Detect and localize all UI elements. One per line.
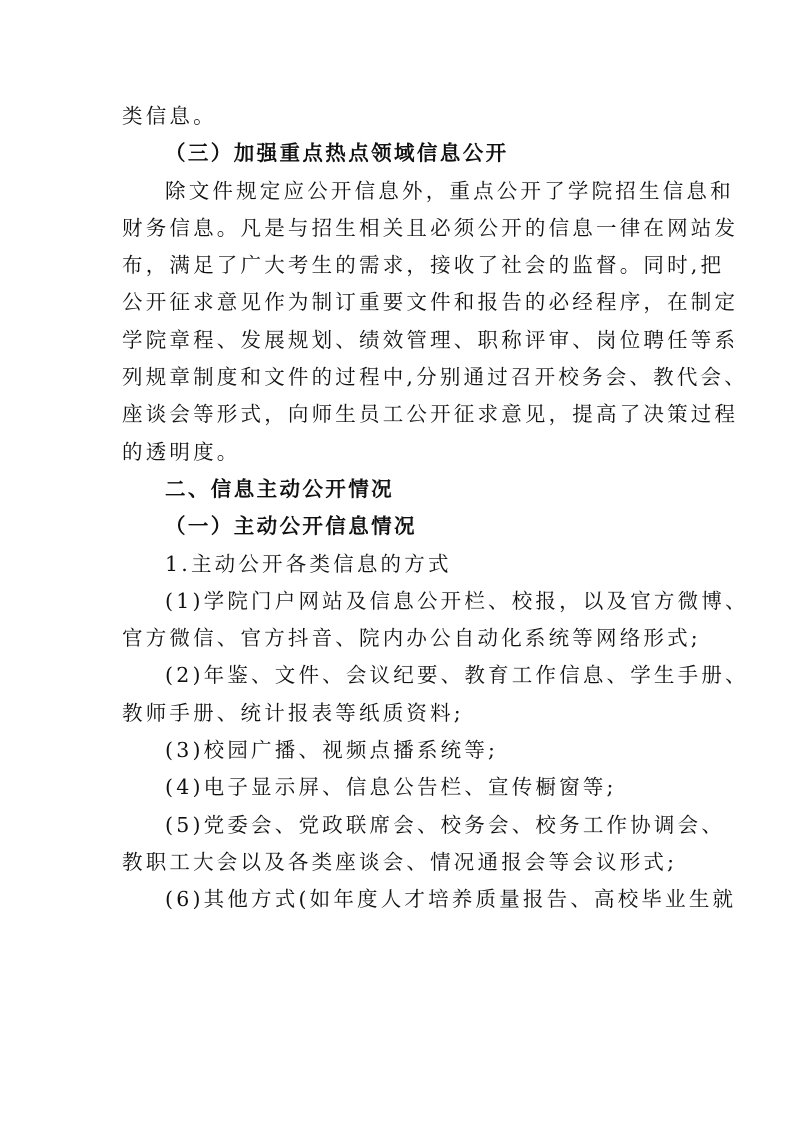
section-heading-3: （三）加强重点热点领域信息公开 xyxy=(122,135,674,172)
paragraph-line: 除文件规定应公开信息外，重点公开了学院招生信息和 xyxy=(122,173,674,210)
paragraph-line: 公开征求意见作为制订重要文件和报告的必经程序，在制定 xyxy=(122,284,674,321)
paragraph-line: 学院章程、发展规划、绩效管理、职称评审、岗位聘任等系 xyxy=(122,322,674,359)
paragraph-line: 座谈会等形式，向师生员工公开征求意见，提高了决策过程 xyxy=(122,396,674,433)
list-item-2-cont: 教师手册、统计报表等纸质资料; xyxy=(122,695,674,732)
paragraph-line: 列规章制度和文件的过程中,分别通过召开校务会、教代会、 xyxy=(122,359,674,396)
subsection-heading-1: （一）主动公开信息情况 xyxy=(122,508,674,545)
list-item-2: (2)年鉴、文件、会议纪要、教育工作信息、学生手册、 xyxy=(122,657,674,694)
paragraph-line: 布，满足了广大考生的需求，接收了社会的监督。同时,把 xyxy=(122,247,674,284)
paragraph-line: 财务信息。凡是与招生相关且必须公开的信息一律在网站发 xyxy=(122,210,674,247)
list-item-3: (3)校园广播、视频点播系统等; xyxy=(122,732,674,769)
list-item-1-cont: 官方微信、官方抖音、院内办公自动化系统等网络形式; xyxy=(122,620,674,657)
list-item-1: (1)学院门户网站及信息公开栏、校报，以及官方微博、 xyxy=(122,583,674,620)
section-heading-2: 二、信息主动公开情况 xyxy=(122,471,674,508)
list-item-6: (6)其他方式(如年度人才培养质量报告、高校毕业生就 xyxy=(122,881,674,918)
list-item-5: (5)党委会、党政联席会、校务会、校务工作协调会、 xyxy=(122,807,674,844)
paragraph-line: 的透明度。 xyxy=(122,434,674,471)
document-page: 类信息。 （三）加强重点热点领域信息公开 除文件规定应公开信息外，重点公开了学院… xyxy=(122,98,674,919)
paragraph-line: 类信息。 xyxy=(122,98,674,135)
list-item-5-cont: 教职工大会以及各类座谈会、情况通报会等会议形式; xyxy=(122,844,674,881)
numbered-item-heading: 1.主动公开各类信息的方式 xyxy=(122,546,674,583)
list-item-4: (4)电子显示屏、信息公告栏、宣传橱窗等; xyxy=(122,769,674,806)
